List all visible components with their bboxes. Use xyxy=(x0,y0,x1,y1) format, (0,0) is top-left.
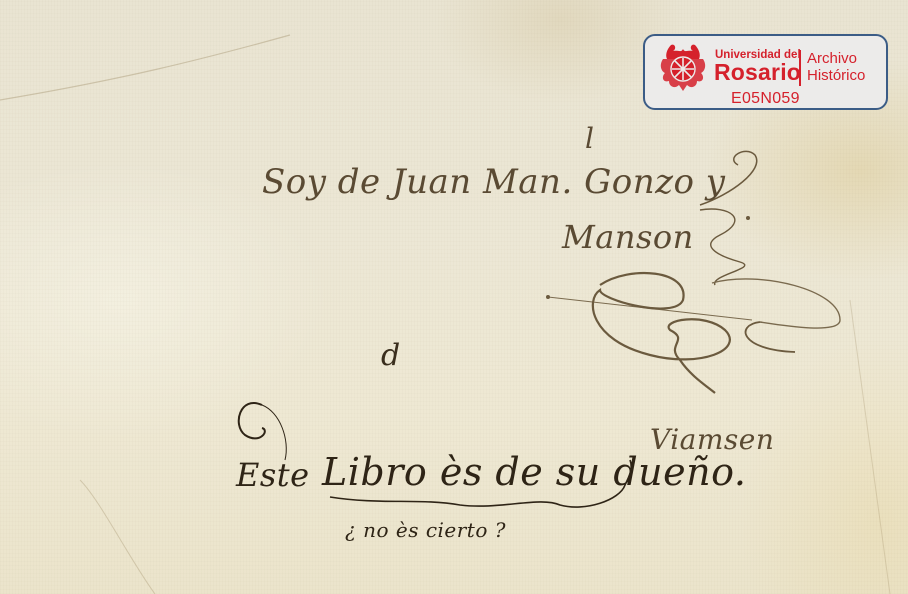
manuscript-page: l Soy de Juan Man. Gonzo y Manson d Este… xyxy=(0,0,908,594)
department-line-1: Archivo xyxy=(807,50,857,67)
crest-icon xyxy=(657,41,709,93)
phrase-este: Este xyxy=(236,456,310,494)
question-line: ¿ no ès cierto ? xyxy=(345,518,506,542)
phrase-libro: Libro ès de su dueño. xyxy=(322,450,746,494)
letter-d: d xyxy=(381,338,401,373)
badge-divider xyxy=(799,50,801,86)
ownership-line-1: Soy de Juan Man. Gonzo y xyxy=(262,162,726,202)
side-note: Viamsen xyxy=(650,423,774,456)
ownership-line-2: Manson xyxy=(562,218,694,256)
archive-badge: Universidad del Rosario Archivo Históric… xyxy=(643,34,888,110)
department-line-2: Histórico xyxy=(807,67,865,84)
superscript-mark: l xyxy=(585,122,594,155)
institution-name: Rosario xyxy=(714,59,801,86)
catalog-code: E05N059 xyxy=(645,90,886,108)
